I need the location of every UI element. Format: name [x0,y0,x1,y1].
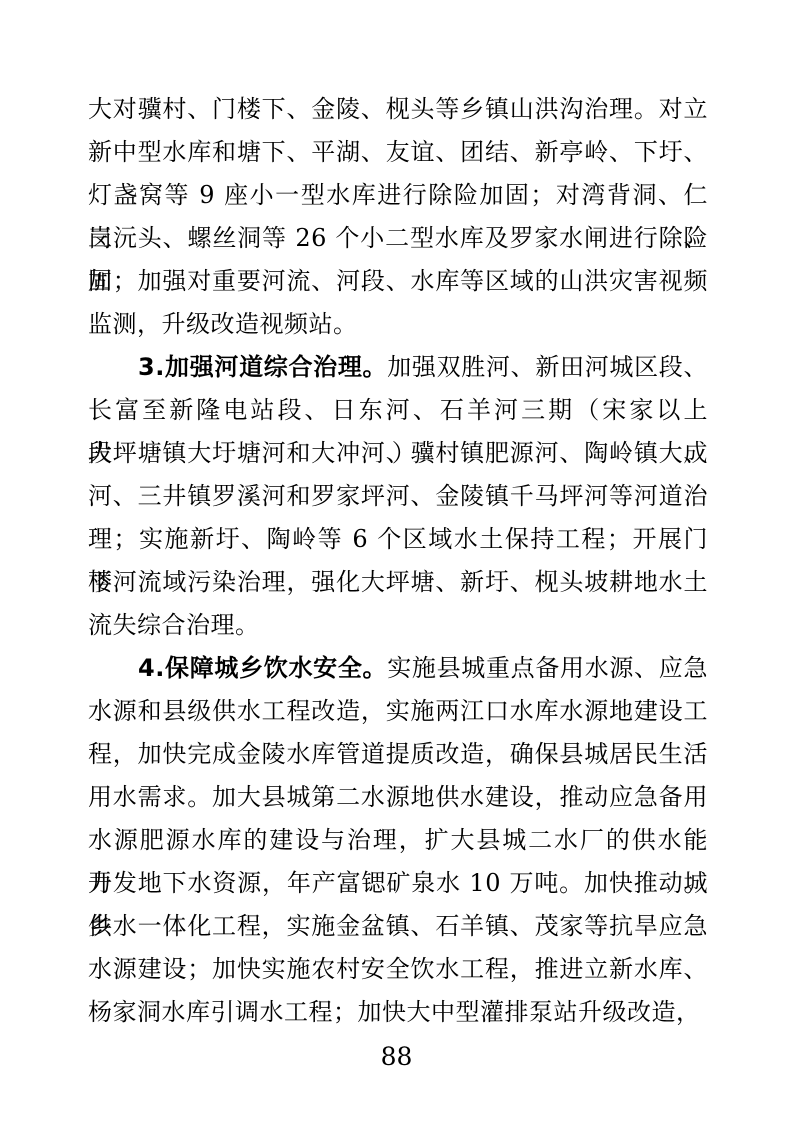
text-segment: 下河流域污染治理，强化大坪塘、新圩、枧头坡耕地水土 [88,568,708,596]
text-line: 4.保障城乡饮水安全。实施县城重点备用水源、应急 [88,647,708,690]
text-line: 用水需求。加大县城第二水源地供水建设，推动应急备用 [88,776,708,819]
text-line: 3.加强河道综合治理。加强双胜河、新田河城区段、 [88,346,708,389]
text-segment: 固；加强对重要河流、河段、水库等区域的山洪灾害视频 [88,267,708,295]
text-line: 河、三井镇罗溪河和罗家坪河、金陵镇千马坪河等河道治 [88,475,708,518]
page-footer: 88 [0,1040,793,1074]
section-heading: 4.保障城乡饮水安全。 [138,654,387,682]
text-segment: 大对骥村、门楼下、金陵、枧头等乡镇山洪沟治理。对立 [88,95,708,123]
text-segment: 监测，升级改造视频站。 [88,310,358,338]
text-line: 杨家洞水库引调水工程；加快大中型灌排泵站升级改造， [88,991,708,1034]
text-line: 程，加快完成金陵水库管道提质改造，确保县城居民生活 [88,733,708,776]
text-segment: 河、三井镇罗溪河和罗家坪河、金陵镇千马坪河等河道治 [88,482,708,510]
text-segment: 加强双胜河、新田河城区段、 [387,353,708,381]
page-number: 88 [381,1042,413,1071]
text-segment: 大坪塘镇大圩塘河和大冲河、骥村镇肥源河、陶岭镇大成 [88,439,708,467]
text-line: 水源肥源水库的建设与治理，扩大县城二水厂的供水能力。 [88,819,708,862]
text-segment: 供水一体化工程，实施金盆镇、石羊镇、茂家等抗旱应急 [88,912,708,940]
text-body: 大对骥村、门楼下、金陵、枧头等乡镇山洪沟治理。对立新中型水库和塘下、平湖、友谊、… [88,88,708,1034]
text-line: 新中型水库和塘下、平湖、友谊、团结、新亭岭、下圩、 [88,131,708,174]
text-line: 水源建设；加快实施农村安全饮水工程，推进立新水库、 [88,948,708,991]
text-segment: 程，加快完成金陵水库管道提质改造，确保县城居民生活 [88,740,708,768]
document-page: 大对骥村、门楼下、金陵、枧头等乡镇山洪沟治理。对立新中型水库和塘下、平湖、友谊、… [0,0,793,1122]
text-line: 大对骥村、门楼下、金陵、枧头等乡镇山洪沟治理。对立 [88,88,708,131]
text-segment: 用水需求。加大县城第二水源地供水建设，推动应急备用 [88,783,708,811]
text-segment: 流失综合治理。 [88,611,260,639]
text-segment: 水源建设；加快实施农村安全饮水工程，推进立新水库、 [88,955,708,983]
text-line: 三沅头、螺丝洞等 26 个小二型水库及罗家水闸进行除险加 [88,217,708,260]
text-segment: 杨家洞水库引调水工程；加快大中型灌排泵站升级改造， [88,998,701,1026]
text-line: 固；加强对重要河流、河段、水库等区域的山洪灾害视频 [88,260,708,303]
text-segment: 水源和县级供水工程改造，实施两江口水库水源地建设工 [88,697,708,725]
text-line: 灯盏窝等 9 座小一型水库进行除险加固；对湾背洞、仁岗、 [88,174,708,217]
text-line: 流失综合治理。 [88,604,708,647]
text-segment: 实施县城重点备用水源、应急 [387,654,708,682]
text-line: 供水一体化工程，实施金盆镇、石羊镇、茂家等抗旱应急 [88,905,708,948]
text-line: 长富至新隆电站段、日东河、石羊河三期（宋家以上段）、 [88,389,708,432]
text-line: 水源和县级供水工程改造，实施两江口水库水源地建设工 [88,690,708,733]
text-line: 监测，升级改造视频站。 [88,303,708,346]
text-line: 大坪塘镇大圩塘河和大冲河、骥村镇肥源河、陶岭镇大成 [88,432,708,475]
text-segment: 新中型水库和塘下、平湖、友谊、团结、新亭岭、下圩、 [88,138,708,166]
text-line: 理；实施新圩、陶岭等 6 个区域水土保持工程；开展门楼 [88,518,708,561]
text-line: 开发地下水资源，年产富锶矿泉水 10 万吨。加快推动城乡 [88,862,708,905]
section-heading: 3.加强河道综合治理。 [138,353,387,381]
text-line: 下河流域污染治理，强化大坪塘、新圩、枧头坡耕地水土 [88,561,708,604]
